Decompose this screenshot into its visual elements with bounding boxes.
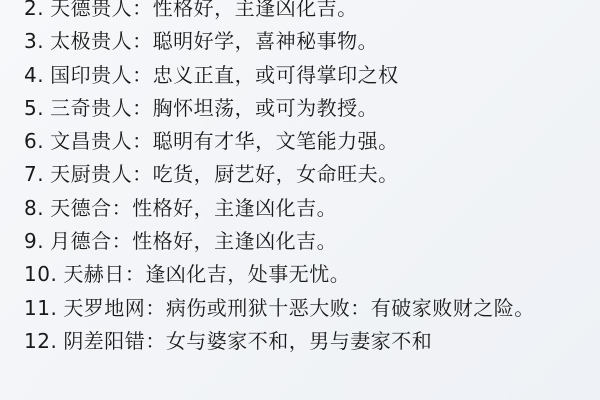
item-number: 8. [24,192,44,225]
item-term: 天德贵人 [50,0,132,20]
list-item-11: 11.天罗地网：病伤或刑狱十恶大败：有破家败财之险。 [24,292,535,325]
item-separator: ： [145,296,166,320]
list-item-5: 5.三奇贵人：胸怀坦荡，或可为教授。 [24,92,535,125]
item-description: 胸怀坦荡，或可为教授。 [153,96,379,120]
item-separator: ： [132,0,153,20]
list-item-9: 9.月德合：性格好，主逢凶化吉。 [24,225,535,258]
item-separator: ： [112,196,133,220]
item-number: 2. [24,0,44,25]
item-term: 太极贵人 [50,29,132,53]
list-item-12: 12.阴差阳错：女与婆家不和，男与妻家不和 [24,325,535,358]
item-term: 天厨贵人 [50,162,132,186]
item-number: 12. [24,325,57,358]
item-term: 国印贵人 [50,63,132,87]
item-description: 逢凶化吉，处事无忧。 [145,262,350,286]
list-item-7: 7.天厨贵人：吃货，厨艺好，女命旺夫。 [24,158,535,191]
item-term: 天德合 [50,196,112,220]
item-number: 10. [24,258,57,291]
item-number: 11. [24,292,57,325]
item-number: 3. [24,25,44,58]
item-separator: ： [132,96,153,120]
item-term: 三奇贵人 [50,96,132,120]
item-separator: ： [145,329,166,353]
list-item-2: 2.天德贵人：性格好，主逢凶化吉。 [24,0,535,25]
item-description: 性格好，主逢凶化吉。 [132,229,337,253]
item-separator: ： [132,63,153,87]
item-description: 聪明好学，喜神秘事物。 [153,29,379,53]
list-item-10: 10.天赫日：逢凶化吉，处事无忧。 [24,258,535,291]
list-item-3: 3.太极贵人：聪明好学，喜神秘事物。 [24,25,535,58]
item-description: 忠义正直，或可得掌印之权 [153,63,399,87]
item-number: 7. [24,158,44,191]
item-description: 性格好，主逢凶化吉。 [132,196,337,220]
item-description: 病伤或刑狱十恶大败：有破家败财之险。 [166,296,535,320]
item-number: 5. [24,92,44,125]
item-number: 9. [24,225,44,258]
item-description: 吃货，厨艺好，女命旺夫。 [153,162,399,186]
shensha-list: 2.天德贵人：性格好，主逢凶化吉。 3.太极贵人：聪明好学，喜神秘事物。 4.国… [24,0,535,358]
item-term: 月德合 [50,229,112,253]
item-description: 聪明有才华，文笔能力强。 [153,129,399,153]
item-term: 天罗地网 [63,296,145,320]
list-item-4: 4.国印贵人：忠义正直，或可得掌印之权 [24,59,535,92]
item-separator: ： [132,129,153,153]
item-term: 天赫日 [63,262,125,286]
item-description: 性格好，主逢凶化吉。 [153,0,358,20]
list-item-6: 6.文昌贵人：聪明有才华，文笔能力强。 [24,125,535,158]
item-term: 阴差阳错 [63,329,145,353]
item-separator: ： [132,162,153,186]
item-number: 4. [24,59,44,92]
item-separator: ： [112,229,133,253]
list-item-8: 8.天德合：性格好，主逢凶化吉。 [24,192,535,225]
item-description: 女与婆家不和，男与妻家不和 [166,329,433,353]
item-separator: ： [125,262,146,286]
item-term: 文昌贵人 [50,129,132,153]
item-separator: ： [132,29,153,53]
item-number: 6. [24,125,44,158]
